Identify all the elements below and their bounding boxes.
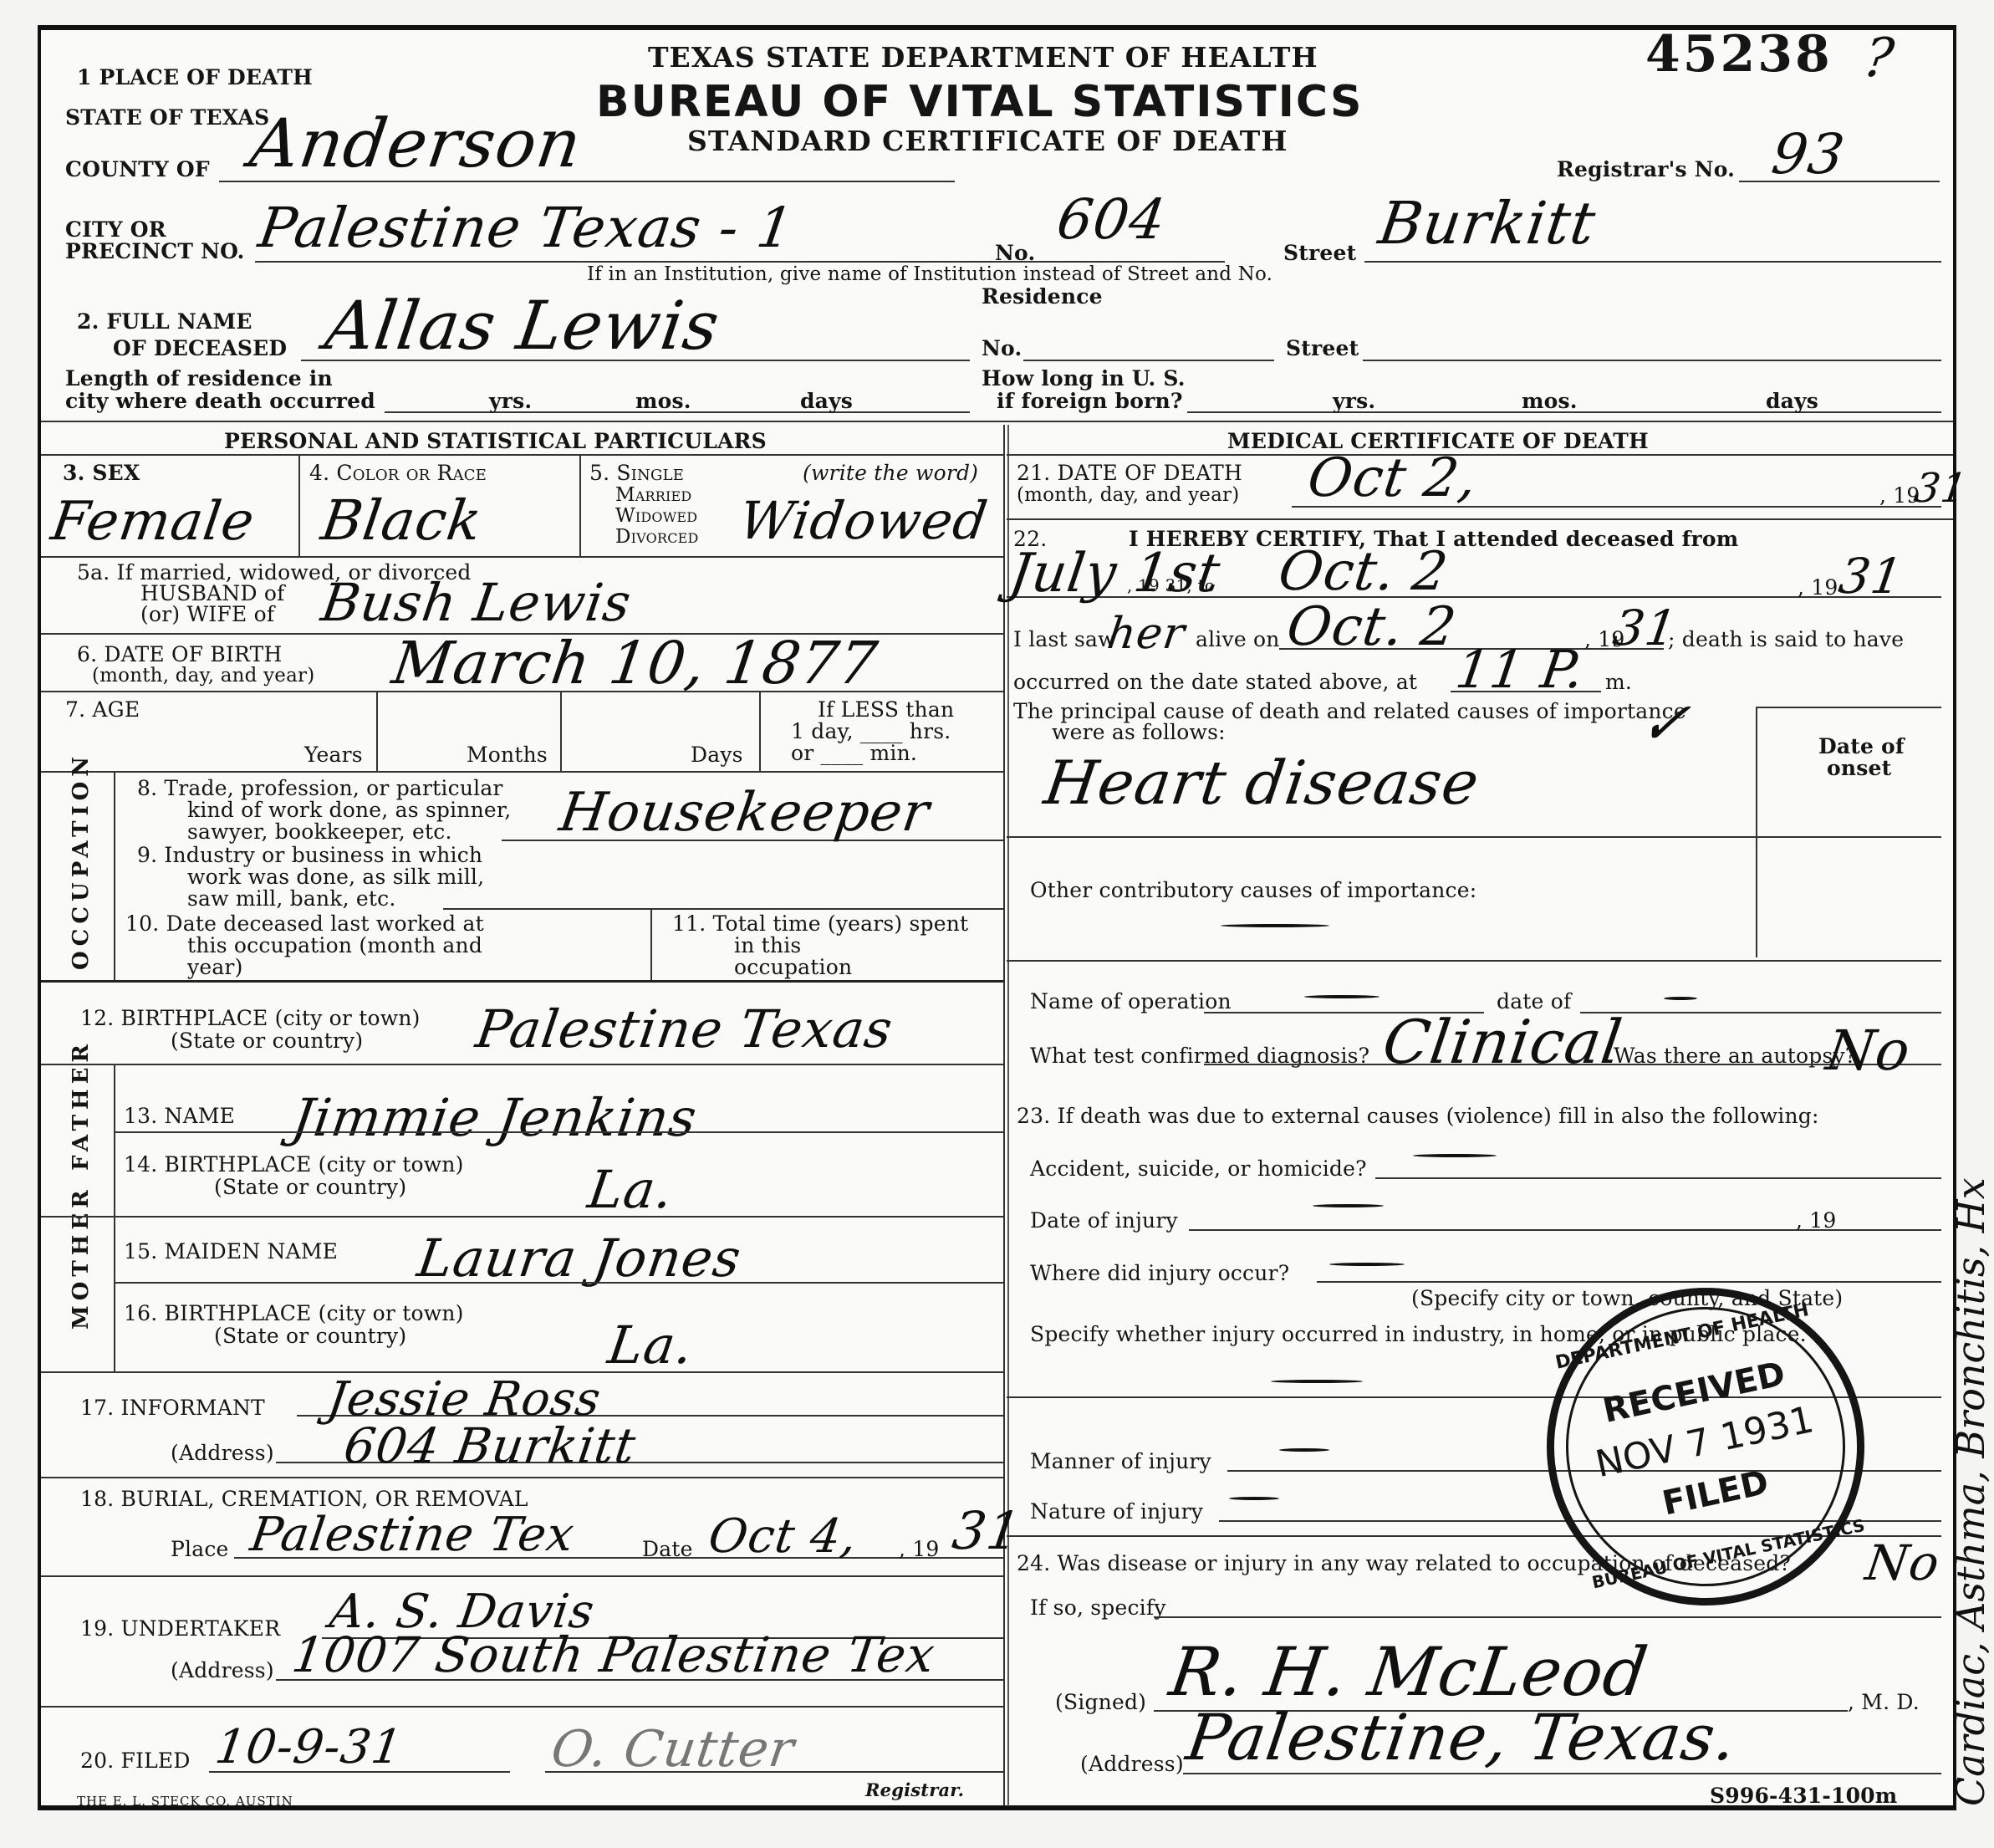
label-external: 23. If death was due to external causes … [1017, 1105, 1819, 1127]
label-age-less-1: If LESS than [818, 699, 954, 721]
printer-imprint: THE E. L. STECK CO. AUSTIN [77, 1795, 293, 1809]
row-line-14 [41, 1216, 1003, 1218]
contributory-line [1007, 960, 1941, 962]
label-res-no: No. [982, 338, 1022, 360]
label-state-of-texas: STATE OF TEXAS [65, 107, 269, 129]
center-divider [1003, 425, 1005, 1806]
label-days: days [800, 391, 853, 412]
cause-value: Heart disease [1041, 753, 1483, 813]
label-precinct: PRECINCT NO. [65, 241, 245, 263]
label-cause-2: were as follows: [1052, 722, 1226, 743]
burial-date-value: Oct 4, [706, 1514, 860, 1560]
industry-line [443, 908, 1003, 910]
label-city-or: CITY OR [65, 219, 166, 241]
dod-value: Oct 2, [1305, 452, 1481, 505]
label-industry-1: 9. Industry or business in which [137, 845, 482, 866]
informant-value: Jessie Ross [324, 1376, 604, 1423]
row-line-6 [41, 691, 1003, 692]
label-street: Street [1283, 242, 1356, 264]
city-line [255, 261, 1225, 263]
birthplace-value: Palestine Texas [473, 1003, 896, 1055]
label-total-time-3: occupation [734, 957, 852, 978]
label-spouse-3: (or) WIFE of [140, 604, 274, 625]
manner-dash [1279, 1448, 1329, 1452]
label-signed: (Signed) [1055, 1692, 1146, 1713]
age-years-divider [376, 691, 378, 771]
injury-specify-dash [1271, 1380, 1363, 1383]
label-length-residence-1: Length of residence in [65, 368, 333, 390]
attended-to-value: Oct. 2 [1276, 545, 1451, 599]
occupation-split-divider [650, 908, 652, 980]
operation-date-line [1580, 1012, 1941, 1013]
mother-bp-value: La. [605, 1320, 697, 1371]
label-us-yrs: yrs. [1333, 391, 1375, 412]
registrar-no-value: 93 [1768, 127, 1848, 182]
label-age-days: Days [691, 744, 743, 766]
label-operation: Name of operation [1030, 991, 1232, 1013]
label-trade-2: kind of work done, as spinner, [187, 799, 511, 821]
father-bp-value: La. [585, 1164, 677, 1216]
label-trade-3: sawyer, bookkeeper, etc. [187, 821, 452, 843]
form-number: S996-431-100m [1710, 1785, 1897, 1807]
label-dod-1: 21. DATE OF DEATH [1017, 462, 1242, 484]
label-marital-single: 5. Single [589, 462, 684, 484]
label-race: 4. Color or Race [309, 462, 487, 484]
father-side-label: FATHER [69, 1079, 94, 1171]
label-full-name: 2. FULL NAME [77, 311, 252, 333]
label-m: m. [1605, 671, 1632, 693]
accident-dash [1413, 1154, 1497, 1157]
mother-name-value: Laura Jones [415, 1233, 745, 1284]
label-accident: Accident, suicide, or homicide? [1030, 1158, 1367, 1180]
row-line-19 [41, 1706, 1003, 1708]
label-of-deceased: OF DECEASED [113, 338, 287, 360]
label-alive-on: alive on [1196, 629, 1280, 651]
label-county: COUNTY OF [65, 159, 210, 181]
label-onset-2: onset [1827, 758, 1891, 779]
injury-date-dash [1313, 1204, 1384, 1207]
label-father-bp-1: 14. BIRTHPLACE (city or town) [124, 1154, 464, 1176]
spouse-value: Bush Lewis [319, 577, 635, 629]
label-age-years: Years [304, 744, 363, 766]
attended-to-year-value: 31 [1836, 552, 1906, 600]
row-line-18 [41, 1575, 1003, 1577]
label-res-street: Street [1286, 338, 1359, 360]
row-line-17 [41, 1477, 1003, 1478]
label-md: , M. D. [1848, 1692, 1920, 1713]
burial-place-value: Palestine Tex [247, 1512, 577, 1559]
physician-address-value: Palestine, Texas. [1183, 1706, 1741, 1769]
age-months-divider [560, 691, 562, 771]
label-informant-address: (Address) [171, 1442, 274, 1464]
label-last-worked-2: this occupation (month and [187, 935, 482, 957]
father-name-value: Jimmie Jenkins [289, 1092, 701, 1144]
label-manner: Manner of injury [1030, 1451, 1211, 1473]
row-line-21 [1007, 518, 1953, 520]
row-line-7 [41, 771, 1003, 773]
nature-dash [1229, 1497, 1279, 1500]
label-mother-name: 15. MAIDEN NAME [124, 1241, 338, 1263]
label-undertaker: 19. UNDERTAKER [80, 1618, 280, 1640]
label-marital-hint: (write the word) [803, 462, 978, 484]
sex-race-divider [298, 454, 300, 556]
burial-year-value: 31 [950, 1505, 1025, 1557]
autopsy-value: No [1823, 1024, 1914, 1079]
res-no-line [1023, 360, 1274, 361]
mother-side-label: MOTHER [69, 1212, 94, 1330]
label-marital-widowed: Widowed [615, 506, 697, 526]
label-us-1: How long in U. S. [982, 368, 1186, 390]
label-residence: Residence [982, 286, 1103, 308]
label-sex: 3. SEX [63, 462, 140, 484]
res-street-line [1363, 360, 1941, 361]
row-line-12 [41, 1064, 1003, 1065]
institution-note: If in an Institution, give name of Insti… [587, 264, 1272, 284]
label-no: No. [995, 242, 1035, 264]
label-attended-to-year-prefix: , 19 [1798, 577, 1838, 599]
undertaker-address-value: 1007 South Palestine Tex [289, 1631, 938, 1679]
label-burial-date: Date [642, 1539, 693, 1560]
age-days-divider [759, 691, 761, 771]
label-mother-bp-2: (State or country) [214, 1325, 406, 1347]
label-informant: 17. INFORMANT [80, 1397, 265, 1419]
label-attended-from-year: , 19 31, to [1127, 577, 1215, 595]
label-length-residence-2: city where death occurred [65, 391, 375, 412]
label-total-time-2: in this [734, 935, 801, 957]
header-department: TEXAS STATE DEPARTMENT OF HEALTH [648, 43, 1318, 73]
row-line-5 [41, 556, 1003, 558]
last-saw-pronoun: her [1104, 612, 1187, 656]
sex-value: Female [48, 495, 258, 549]
parents-side-divider [114, 1064, 115, 1371]
label-onset-1: Date of [1818, 736, 1905, 758]
physician-signature: R. H. McLeod [1165, 1639, 1652, 1706]
label-last-saw: I last saw [1013, 629, 1116, 651]
county-value: Anderson [246, 110, 585, 177]
registrar-signature: O. Cutter [548, 1724, 798, 1774]
race-marital-divider [579, 454, 581, 556]
margin-annotation: Cardiac, Asthma, Bronchitis, Hx [1948, 577, 1993, 1806]
label-registrar: Registrar. [865, 1781, 964, 1800]
operation-dash [1304, 995, 1379, 998]
label-age-months: Months [467, 744, 548, 766]
label-death-said: ; death is said to have [1668, 629, 1904, 651]
header-certificate-title: STANDARD CERTIFICATE OF DEATH [687, 127, 1288, 156]
label-dob-1: 6. DATE OF BIRTH [77, 644, 283, 666]
label-burial-year-prefix: , 19 [899, 1539, 940, 1560]
label-filed: 20. FILED [80, 1750, 191, 1772]
label-burial-place: Place [171, 1539, 229, 1560]
label-dob-2: (month, day, and year) [92, 666, 314, 686]
onset-top-line [1756, 707, 1941, 708]
time-value: 11 P. [1453, 644, 1588, 696]
label-nature: Nature of injury [1030, 1501, 1203, 1523]
label-birthplace-2: (State or country) [171, 1030, 363, 1052]
race-value: Black [318, 493, 485, 549]
label-us-2: if foreign born? [997, 391, 1183, 412]
trade-value: Housekeeper [557, 786, 933, 840]
occupation-side-divider [114, 771, 115, 980]
label-age-less-3: or ____ min. [791, 743, 917, 764]
injury-where-dash [1329, 1263, 1405, 1266]
certificate-number: 45238 [1645, 28, 1833, 81]
contributory-dash [1221, 924, 1329, 927]
row-line-13 [114, 1131, 1003, 1133]
label-registrar-no: Registrar's No. [1557, 159, 1735, 181]
onset-divider [1756, 707, 1757, 957]
operation-date-dash [1664, 997, 1697, 1000]
label-yrs: yrs. [489, 391, 532, 412]
personal-header-line [41, 454, 1003, 456]
label-undertaker-address: (Address) [171, 1660, 274, 1682]
accident-line [1375, 1177, 1941, 1179]
label-injury-where: Where did injury occur? [1030, 1263, 1289, 1284]
occupation-side-label: OCCUPATION [69, 778, 94, 970]
cause-line [1007, 836, 1941, 838]
marital-value: Widowed [737, 495, 992, 547]
filed-date-value: 10-9-31 [212, 1724, 405, 1771]
row-line-occupation [41, 980, 1003, 983]
full-name-value: Allas Lewis [321, 293, 723, 360]
dod-year-value: 31 [1912, 468, 1971, 508]
label-industry-2: work was done, as silk mill, [187, 866, 484, 888]
label-occurred: occurred on the date stated above, at [1013, 671, 1417, 693]
label-mos: mos. [635, 391, 691, 412]
label-age: 7. AGE [65, 699, 140, 721]
label-mother-bp-1: 16. BIRTHPLACE (city or town) [124, 1303, 464, 1325]
label-contributory: Other contributory causes of importance: [1030, 880, 1476, 901]
label-total-time-1: 11. Total time (years) spent [672, 913, 968, 935]
label-last-worked-1: 10. Date deceased last worked at [125, 913, 484, 935]
city-value: Palestine Texas - 1 [255, 201, 797, 256]
row-line-15 [114, 1282, 1003, 1284]
label-marital-married: Married [615, 485, 691, 505]
street-number-value: 604 [1053, 192, 1169, 248]
label-injury-date: Date of injury [1030, 1210, 1178, 1232]
label-father-bp-2: (State or country) [214, 1177, 406, 1198]
dob-value: March 10, 1877 [389, 634, 881, 692]
occupation-related-value: No [1863, 1539, 1943, 1587]
label-if-so: If so, specify [1030, 1597, 1166, 1619]
label-birthplace-1: 12. BIRTHPLACE (city or town) [80, 1008, 421, 1029]
label-us-days: days [1766, 391, 1818, 412]
if-so-line [1154, 1616, 1941, 1618]
label-injury-year-prefix: , 19 [1796, 1210, 1837, 1232]
label-us-mos: mos. [1522, 391, 1578, 412]
informant-address-value: 604 Burkitt [341, 1422, 639, 1470]
label-marital-divorced: Divorced [615, 527, 699, 547]
label-place-of-death: 1 PLACE OF DEATH [77, 67, 313, 89]
street-line [1364, 261, 1941, 263]
personal-section-title: PERSONAL AND STATISTICAL PARTICULARS [224, 431, 767, 452]
street-value: Burkitt [1375, 194, 1599, 253]
last-saw-date-value: Oct. 2 [1284, 600, 1460, 654]
check-mark-icon: ✓ [1636, 694, 1694, 753]
label-last-worked-3: year) [187, 957, 243, 978]
label-trade-1: 8. Trade, profession, or particular [137, 778, 503, 799]
label-dod-2: (month, day, and year) [1017, 485, 1239, 505]
header-bureau: BUREAU OF VITAL STATISTICS [596, 79, 1364, 125]
section-divider [41, 421, 1953, 422]
label-physician-address: (Address) [1080, 1754, 1184, 1775]
label-age-less-2: 1 day, ____ hrs. [791, 721, 951, 743]
label-father-name: 13. NAME [124, 1105, 235, 1127]
label-industry-3: saw mill, bank, etc. [187, 888, 396, 910]
injury-where-line [1317, 1281, 1941, 1283]
